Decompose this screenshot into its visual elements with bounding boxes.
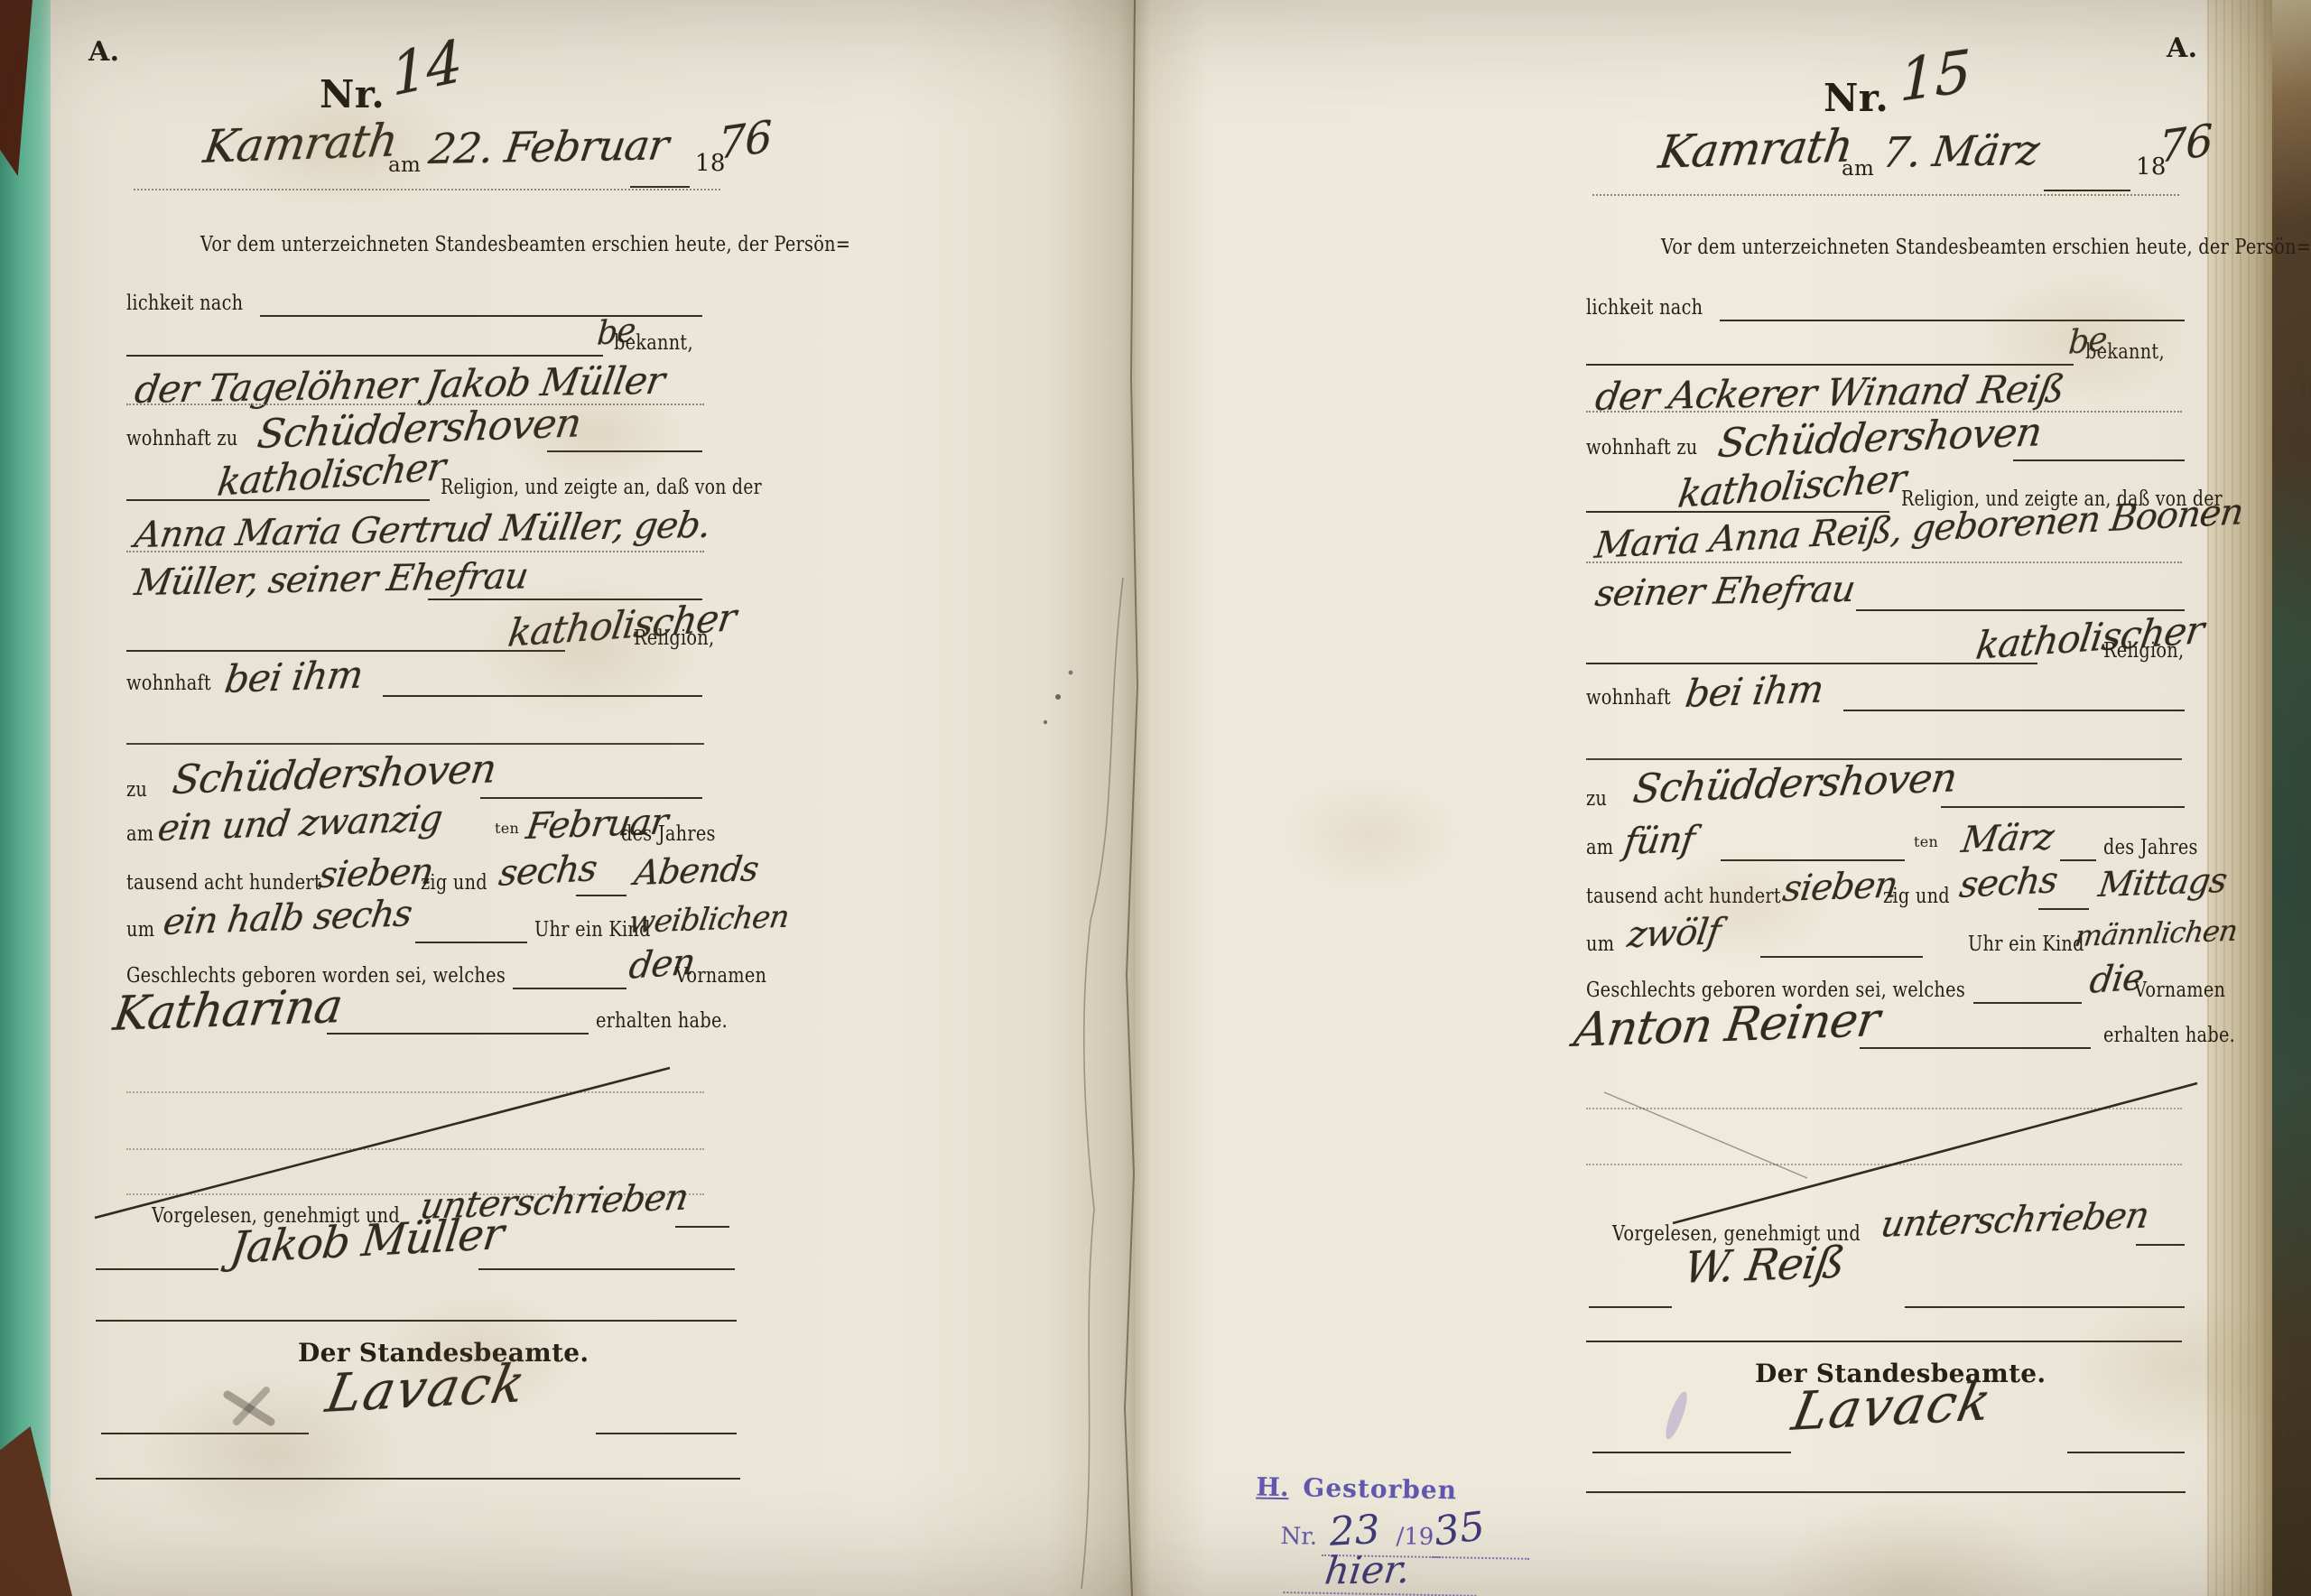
dotted-rule — [126, 1091, 704, 1093]
ruled-line — [2044, 190, 2130, 191]
birth-hour-left: ein halb sechs — [161, 893, 414, 943]
ruled-line — [2013, 459, 2185, 461]
ruled-line — [1843, 710, 2185, 711]
ruled-line — [480, 797, 702, 799]
birth-hour-right: zwölf — [1625, 911, 1722, 956]
mother-name-line2-right: seiner Ehefrau — [1592, 569, 1858, 615]
child-name-left: Katharina — [110, 979, 346, 1042]
ruled-line — [1905, 1306, 2185, 1308]
ruled-line — [126, 650, 565, 652]
ruled-line — [1586, 1491, 2186, 1493]
page-corner-label-left: A. — [88, 36, 119, 68]
vornamen-label-right: Vornamen — [2134, 979, 2225, 1002]
dotted-rule — [1586, 1164, 2182, 1165]
zig-und-label-left: zig und — [421, 871, 487, 895]
ruled-line — [1860, 1047, 2091, 1049]
registrar-signature-left: Lavack — [321, 1352, 532, 1424]
year-tens-left: sieben — [316, 850, 435, 896]
gender-right: männlichen — [2073, 914, 2239, 953]
religion2-label-left: Religion, — [634, 626, 714, 650]
ruled-line — [1589, 1306, 1672, 1308]
dotted-rule — [126, 1148, 704, 1150]
des-jahres-label-left: des Jahres — [621, 822, 716, 846]
um-label-right: um — [1586, 933, 1614, 956]
ruled-line — [96, 1478, 740, 1480]
zu-label-right: zu — [1586, 787, 1607, 811]
child-name-right: Anton Reiner — [1571, 993, 1882, 1058]
ruled-line — [1586, 1341, 2182, 1342]
register-book-photo: A. Nr. 14 Kamrath am 22. Februar 18 76 V… — [0, 0, 2311, 1596]
record-number-value-right: 15 — [1899, 38, 1971, 116]
ruled-line — [478, 1268, 735, 1270]
ruled-line — [383, 695, 702, 697]
ruled-line — [2136, 1244, 2185, 1246]
zig-und-label-right: zig und — [1883, 885, 1950, 908]
ruled-line — [1760, 956, 1923, 958]
ruled-line — [415, 942, 527, 943]
mother-residence-left: bei ihm — [222, 652, 366, 701]
place-name-right: Kamrath — [1656, 119, 1856, 179]
am-label2-left: am — [126, 822, 153, 846]
registrar-signature-right: Lavack — [1787, 1370, 1998, 1443]
time-of-day-right: Mittags — [2096, 860, 2229, 905]
ruled-line — [96, 1268, 218, 1270]
erhalten-label-left: erhalten habe. — [596, 1009, 728, 1033]
ruled-line — [547, 450, 702, 452]
page-corner-label-right: A. — [2167, 32, 2197, 64]
ruled-line — [1586, 663, 2037, 664]
birth-day-right: fünf — [1621, 819, 1697, 863]
record-date-left: 22. Februar — [426, 120, 671, 173]
wohnhaft-zu-label-left: wohnhaft zu — [126, 427, 237, 450]
ruled-line — [513, 988, 626, 989]
tausend-label-left: tausend acht hundert — [126, 871, 321, 895]
ruled-line — [2067, 1452, 2185, 1453]
am-label-right: am — [1842, 157, 1874, 181]
ruled-line — [1973, 1002, 2082, 1004]
ruled-line — [2060, 859, 2096, 861]
record-number-label-right: Nr. — [1824, 76, 1889, 120]
place-name-left: Kamrath — [200, 114, 401, 173]
uhr-label-right: Uhr ein Kind — [1968, 933, 2084, 956]
dotted-rule — [126, 551, 704, 552]
record-date-right: 7. März — [1879, 125, 2042, 177]
ruled-line — [1586, 364, 2074, 366]
dotted-rule — [1586, 1108, 2182, 1109]
stamp-nr-label: Nr. — [1280, 1523, 1317, 1551]
ruled-line — [126, 355, 603, 357]
vornamen-label-left: Vornamen — [675, 964, 766, 988]
ruled-line — [596, 1433, 737, 1434]
bekannt-label-right: bekannt, — [2085, 340, 2165, 364]
ruled-line — [96, 1320, 737, 1322]
stamp-prefix: H. — [1256, 1472, 1289, 1503]
intro-line1-left: Vor dem unterzeichneten Standesbeamten e… — [200, 233, 850, 256]
dotted-rule — [1586, 411, 2182, 413]
ruled-line — [327, 1033, 589, 1035]
ruled-line — [1856, 609, 2185, 611]
am-label2-right: am — [1586, 836, 1613, 859]
intro-line1-right: Vor dem unterzeichneten Standesbeamten e… — [1661, 236, 2311, 259]
birth-month-right: März — [1959, 816, 2056, 861]
zu-label-left: zu — [126, 778, 147, 802]
ruled-line — [1720, 320, 2185, 321]
mother-name-line2-left: Müller, seiner Ehefrau — [132, 555, 531, 604]
wohnhaft-label-left: wohnhaft — [126, 672, 211, 695]
stamp-word: Gestorben — [1303, 1472, 1457, 1505]
gender-left: weiblichen — [626, 899, 791, 941]
ruled-line — [2038, 908, 2089, 910]
year-ones-left: sechs — [497, 848, 599, 895]
intro-line2-left: lichkeit nach — [126, 292, 243, 315]
stamp-year-value: 35 — [1432, 1503, 1488, 1554]
time-of-day-left: Abends — [632, 849, 761, 893]
year-ones-right: sechs — [1957, 859, 2059, 906]
year-handwritten-right: 76 — [2159, 115, 2213, 173]
dotted-rule — [126, 404, 704, 405]
dotted-rule — [1592, 194, 2179, 196]
year-tens-right: sieben — [1780, 864, 1899, 910]
ruled-line — [1941, 806, 2185, 808]
blank-ruled-line — [126, 743, 704, 745]
ruled-line — [1592, 1452, 1791, 1453]
um-label-left: um — [126, 918, 154, 942]
tausend-label-right: tausend acht hundert — [1586, 885, 1781, 908]
left-cover-edge — [0, 0, 51, 1596]
ten-suffix-left: ten — [495, 820, 519, 837]
des-jahres-label-right: des Jahres — [2103, 836, 2198, 859]
bekannt-label-left: bekannt, — [614, 331, 693, 355]
religion2-label-right: Religion, — [2103, 639, 2184, 663]
ruled-line — [1721, 859, 1905, 861]
mother-residence-right: bei ihm — [1683, 666, 1826, 716]
ten-suffix-right: ten — [1914, 833, 1938, 850]
wohnhaft-zu-label-right: wohnhaft zu — [1586, 436, 1697, 459]
dotted-rule — [134, 189, 720, 190]
ruled-line — [630, 186, 690, 188]
ruled-line — [675, 1226, 729, 1228]
ruled-line — [576, 895, 626, 896]
year-handwritten-left: 76 — [719, 111, 772, 170]
intro-line2-right: lichkeit nach — [1586, 296, 1703, 320]
erhalten-label-right: erhalten habe. — [2103, 1024, 2235, 1047]
stamp-note: hier. — [1323, 1547, 1413, 1593]
declarant-signature-right: W. Reiß — [1681, 1238, 1847, 1294]
religion-label-left: Religion, und zeigte an, daß von der — [441, 476, 762, 499]
ruled-line — [101, 1433, 309, 1434]
dotted-rule — [1586, 561, 2182, 563]
wohnhaft-label-right: wohnhaft — [1586, 686, 1671, 710]
record-number-label-left: Nr. — [320, 72, 385, 116]
am-label-left: am — [388, 153, 421, 177]
